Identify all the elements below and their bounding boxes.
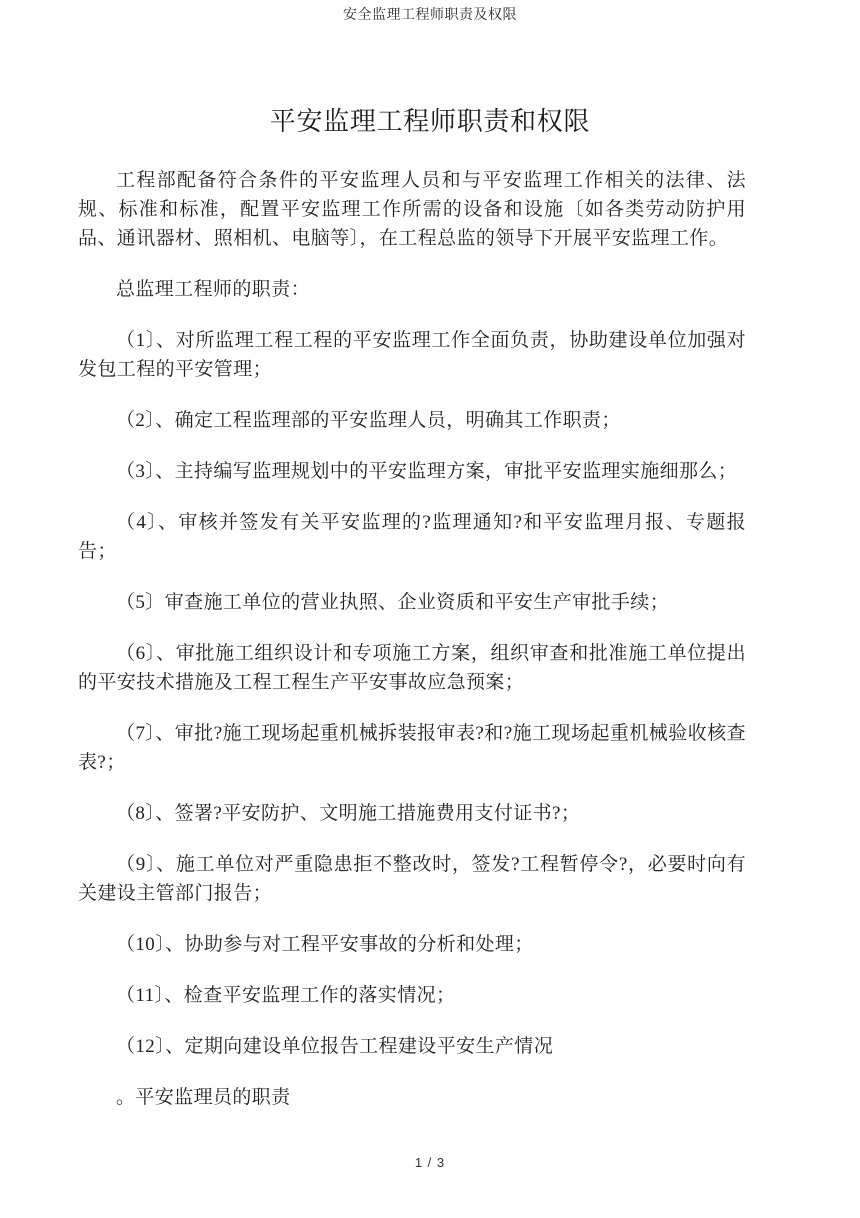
paragraph: （1〕、对所监理工程工程的平安监理工作全面负责，协助建设单位加强对发包工程的平安… [78, 326, 746, 384]
paragraph: （4〕、审核并签发有关平安监理的?监理通知?和平安监理月报、专题报告； [78, 508, 746, 566]
paragraph: 总监理工程师的职责： [78, 275, 746, 304]
page-footer: 1 / 3 [0, 1154, 860, 1172]
paragraph: （12〕、定期向建设单位报告工程建设平安生产情况 [78, 1032, 746, 1061]
paragraph: （6〕、审批施工组织设计和专项施工方案，组织审查和批准施工单位提出的平安技术措施… [78, 639, 746, 697]
paragraph: 工程部配备符合条件的平安监理人员和与平安监理工作相关的法律、法规、标准和标准，配… [78, 166, 746, 253]
paragraph: （3〕、主持编写监理规划中的平安监理方案，审批平安监理实施细那么； [78, 457, 746, 486]
header-title: 安全监理工程师职责及权限 [343, 8, 517, 23]
paragraph: （11〕、检查平安监理工作的落实情况； [78, 981, 746, 1010]
page-number: 1 / 3 [415, 1155, 445, 1170]
document-title: 平安监理工程师职责和权限 [0, 104, 860, 140]
paragraph: （10〕、协助参与对工程平安事故的分析和处理； [78, 930, 746, 959]
paragraph: （5〕审查施工单位的营业执照、企业资质和平安生产审批手续； [78, 588, 746, 617]
paragraph: （8〕、签署?平安防护、文明施工措施费用支付证书?； [78, 799, 746, 828]
paragraph: 。平安监理员的职责 [78, 1083, 746, 1112]
paragraph: （7〕、审批?施工现场起重机械拆装报审表?和?施工现场起重机械验收核查表?； [78, 719, 746, 777]
document-page: 安全监理工程师职责及权限 平安监理工程师职责和权限 工程部配备符合条件的平安监理… [0, 0, 860, 1218]
paragraph: （9〕、施工单位对严重隐患拒不整改时，签发?工程暂停令?，必要时向有关建设主管部… [78, 850, 746, 908]
document-body: 工程部配备符合条件的平安监理人员和与平安监理工作相关的法律、法规、标准和标准，配… [78, 166, 746, 1112]
document-header: 安全监理工程师职责及权限 [0, 0, 860, 26]
paragraph: （2〕、确定工程监理部的平安监理人员，明确其工作职责； [78, 406, 746, 435]
